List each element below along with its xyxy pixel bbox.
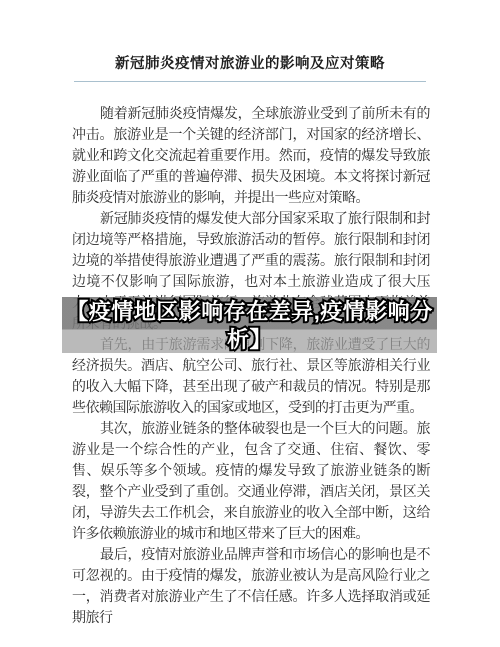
- paragraph-brand-reputation: 最后，疫情对旅游业品牌声誉和市场信心的影响也是不可忽视的。由于疫情的爆发，旅游业…: [72, 545, 430, 629]
- paragraph-industry-chain: 其次，旅游业链条的整体破裂也是一个巨大的问题。旅游业是一个综合性的产业，包含了交…: [72, 419, 430, 545]
- document-body: 随着新冠肺炎疫情爆发，全球旅游业受到了前所未有的冲击。旅游业是一个关键的经济部门…: [72, 104, 430, 629]
- page-title: 新冠肺炎疫情对旅游业的影响及应对策略: [0, 52, 500, 73]
- subtitle-overlay-band: 【疫情地区影响存在差异,疫情影响分析】: [62, 297, 437, 353]
- paragraph-intro: 随着新冠肺炎疫情爆发，全球旅游业受到了前所未有的冲击。旅游业是一个关键的经济部门…: [72, 104, 430, 209]
- title-underline: [74, 81, 426, 82]
- subtitle-overlay-text: 【疫情地区影响存在差异,疫情影响分析】: [64, 298, 436, 354]
- document-page: 新冠肺炎疫情对旅游业的影响及应对策略 随着新冠肺炎疫情爆发，全球旅游业受到了前所…: [0, 0, 500, 647]
